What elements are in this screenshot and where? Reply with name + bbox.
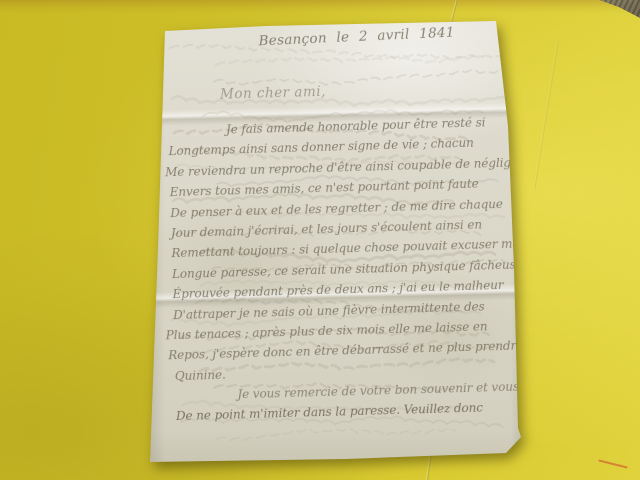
letter-dateline: Besançon le 2 avril 1841 xyxy=(258,24,455,49)
letter-salutation: Mon cher ami, xyxy=(220,84,326,103)
letter-paper: Besançon le 2 avril 1841 Mon cher ami, J… xyxy=(146,18,526,466)
paper-shadow: Besançon le 2 avril 1841 Mon cher ami, J… xyxy=(146,18,526,466)
photo-of-letter: Besançon le 2 avril 1841 Mon cher ami, J… xyxy=(0,0,640,480)
handwritten-text-layer: Besançon le 2 avril 1841 Mon cher ami, J… xyxy=(140,8,532,466)
background-top-shading xyxy=(0,0,640,14)
letter-body: Je fais amende honorable pour être resté… xyxy=(168,115,516,430)
